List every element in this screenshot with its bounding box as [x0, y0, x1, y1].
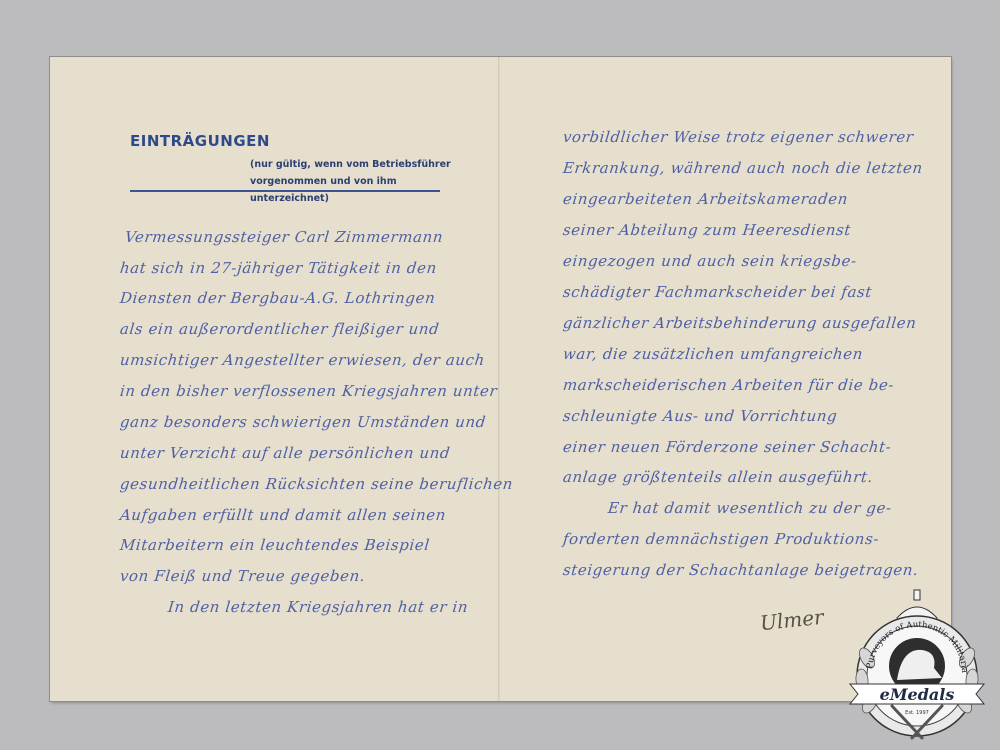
handwritten-line: steigerung der Schachtanlage beigetragen…: [562, 561, 919, 579]
handwritten-line: markscheiderischen Arbeiten für die be-: [562, 376, 895, 394]
handwritten-line: unter Verzicht auf alle persönlichen und: [119, 444, 451, 462]
handwritten-line: Erkrankung, während auch noch die letzte…: [562, 159, 924, 177]
handwritten-line: hat sich in 27-jähriger Tätigkeit in den: [119, 259, 438, 277]
emedals-watermark: Purveyors of Authentic Militaria eMedals…: [842, 588, 992, 743]
header-title: EINTRÄGUNGEN: [130, 132, 460, 150]
handwritten-line: eingearbeiteten Arbeitskameraden: [562, 190, 849, 208]
handwritten-line: als ein außerordentlicher fleißiger und: [119, 320, 440, 338]
handwritten-line: schädigter Fachmarkscheider bei fast: [562, 283, 873, 301]
handwritten-line: Vermessungssteiger Carl Zimmermann: [124, 228, 444, 246]
handwritten-line: von Fleiß und Treue gegeben.: [119, 567, 366, 585]
handwritten-line: anlage größtenteils allein ausgeführt.: [562, 468, 874, 486]
header-note-line-1: (nur gültig, wenn vom Betriebsführer: [250, 156, 470, 173]
handwritten-line: vorbildlicher Weise trotz eigener schwer…: [562, 128, 915, 146]
handwritten-line: Mitarbeitern ein leuchtendes Beispiel: [119, 536, 431, 554]
handwritten-line: Aufgaben erfüllt und damit allen seinen: [119, 506, 447, 524]
handwritten-line: in den bisher verflossenen Kriegsjahren …: [119, 382, 498, 400]
header-rule: [130, 190, 440, 192]
svg-text:Est. 1997: Est. 1997: [905, 710, 929, 716]
handwritten-line: schleunigte Aus- und Vorrichtung: [562, 407, 838, 425]
handwritten-line: war, die zusätzlichen umfangreichen: [562, 345, 864, 363]
handwritten-line: eingezogen und auch sein kriegsbe-: [562, 252, 858, 270]
header-note: (nur gültig, wenn vom Betriebsführer vor…: [250, 156, 470, 207]
handwritten-line: gesundheitlichen Rücksichten seine beruf…: [119, 475, 514, 493]
svg-text:eMedals: eMedals: [880, 685, 955, 704]
handwritten-line: forderten demnächstigen Produktions-: [562, 530, 880, 548]
handwritten-line: Er hat damit wesentlich zu der ge-: [607, 499, 893, 517]
handwritten-line: umsichtiger Angestellter erwiesen, der a…: [119, 351, 486, 369]
handwritten-line: einer neuen Förderzone seiner Schacht-: [562, 438, 892, 456]
form-header-block: EINTRÄGUNGEN (nur gültig, wenn vom Betri…: [130, 132, 460, 150]
emedals-seal-icon: Purveyors of Authentic Militaria eMedals…: [842, 588, 992, 743]
handwritten-line: In den letzten Kriegsjahren hat er in: [167, 598, 469, 616]
handwritten-line: gänzlicher Arbeitsbehinderung ausgefalle…: [562, 314, 917, 332]
handwritten-line: ganz besonders schwierigen Umständen und: [119, 413, 487, 431]
handwritten-line: seiner Abteilung zum Heeresdienst: [562, 221, 852, 239]
handwritten-line: Diensten der Bergbau-A.G. Lothringen: [119, 289, 436, 307]
